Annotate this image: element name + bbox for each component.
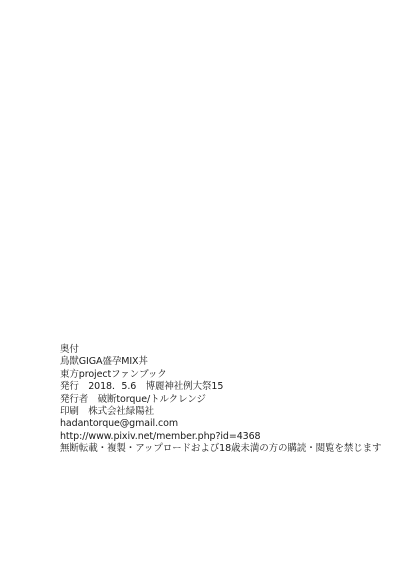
book-subtitle: 東方projectファンブック	[60, 369, 381, 381]
publisher-info: 発行者 破断torque/トルクレンジ	[60, 394, 381, 406]
printer-info: 印刷 株式会社緑陽社	[60, 406, 381, 418]
colophon: 奥付 鳥獣GIGA盛孕MIX丼 東方projectファンブック 発行 2018．…	[60, 344, 381, 456]
contact-email: hadantorque@gmail.com	[60, 418, 381, 430]
publication-info: 発行 2018．5.6 博麗神社例大祭15	[60, 381, 381, 393]
contact-url: http://www.pixiv.net/member.php?id=4368	[60, 431, 381, 443]
copyright-notice: 無断転載・複製・アップロードおよび18歳未満の方の購読・閲覧を禁じます	[60, 443, 381, 455]
colophon-heading: 奥付	[60, 344, 381, 356]
book-title: 鳥獣GIGA盛孕MIX丼	[60, 356, 381, 368]
